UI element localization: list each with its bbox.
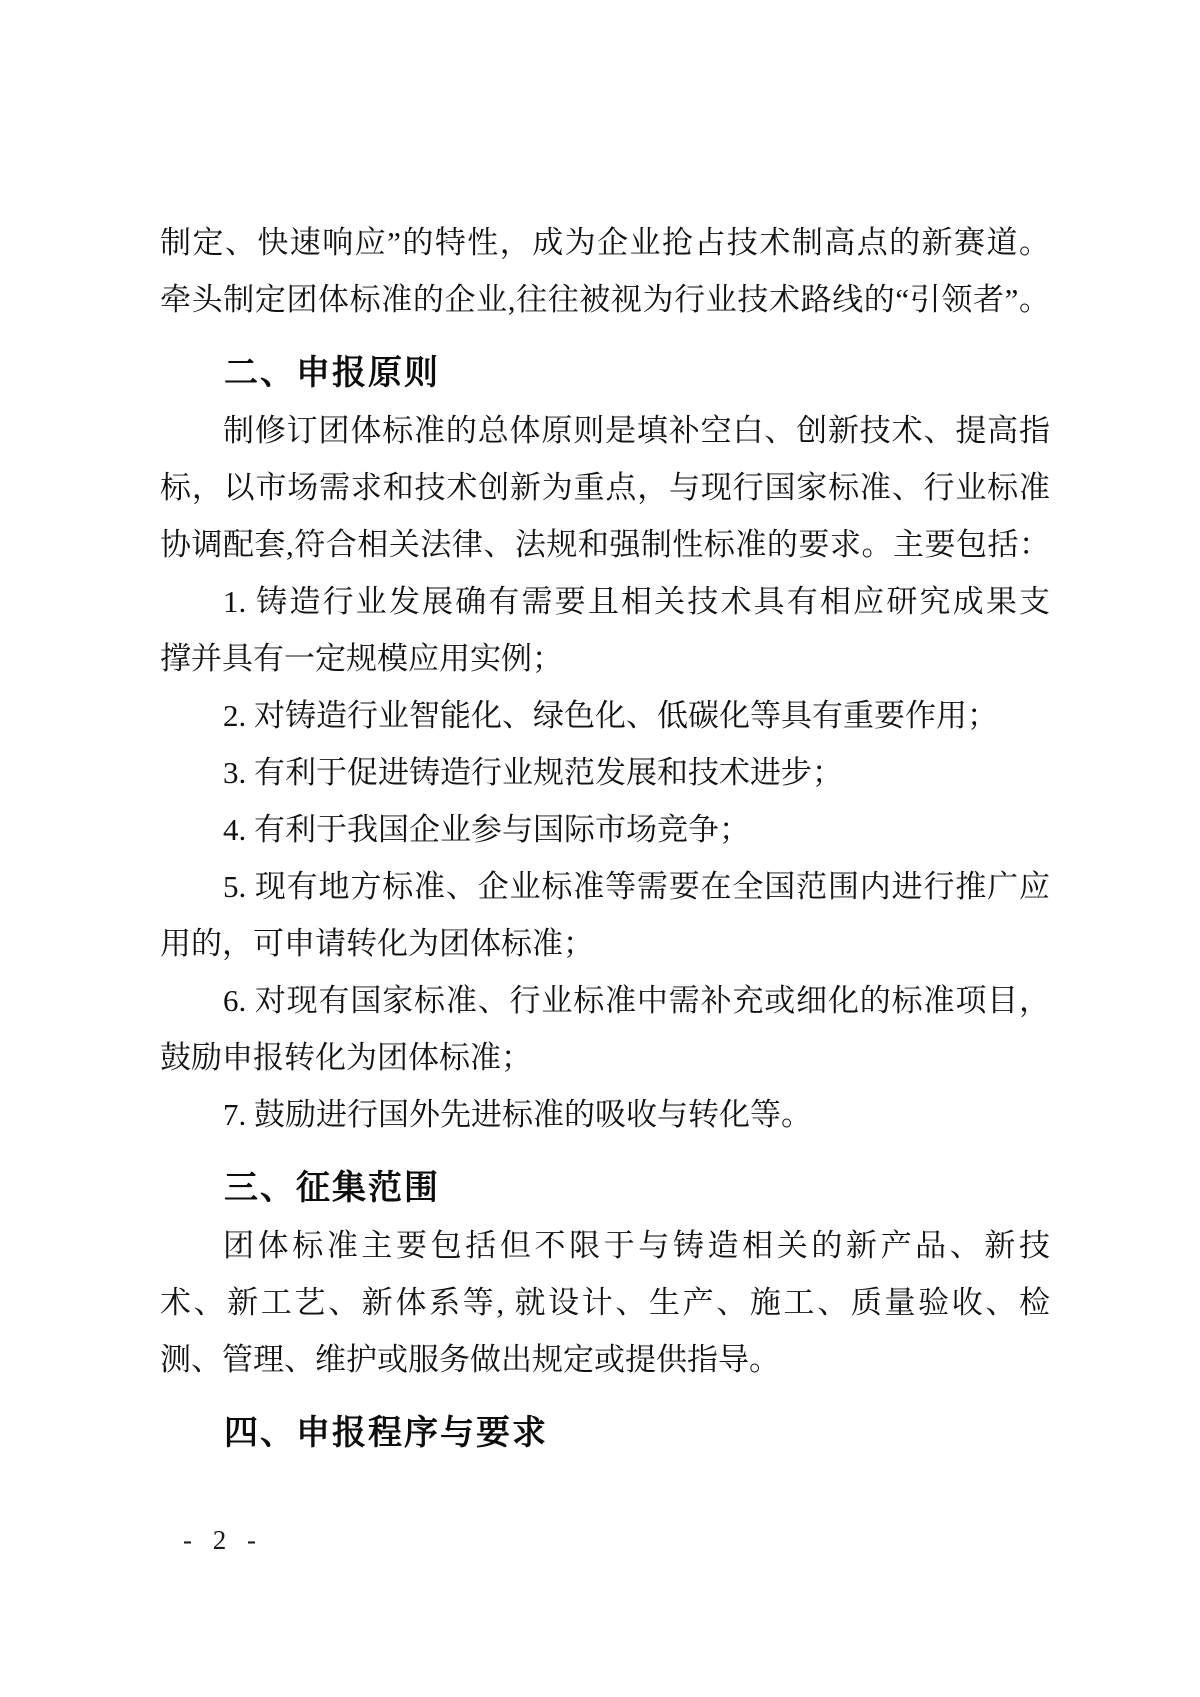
list-item-line: 5. 现有地方标准、企业标准等需要在全国范围内进行推广应 <box>160 858 1050 915</box>
list-item-line: 撑并具有一定规模应用实例； <box>160 630 1050 687</box>
list-item-line: 7. 鼓励进行国外先进标准的吸收与转化等。 <box>160 1086 1050 1143</box>
paragraph-line: 测、管理、维护或服务做出规定或提供指导。 <box>160 1331 1050 1388</box>
document-page: 制定、快速响应”的特性，成为企业抢占技术制高点的新赛道。 牵头制定团体标准的企业… <box>0 0 1200 1697</box>
paragraph-line: 牵头制定团体标准的企业,往往被视为行业技术路线的“引领者”。 <box>160 271 1050 328</box>
list-item-line: 4. 有利于我国企业参与国际市场竞争； <box>160 801 1050 858</box>
paragraph-line: 团体标准主要包括但不限于与铸造相关的新产品、新技 <box>160 1217 1050 1274</box>
list-item-line: 鼓励申报转化为团体标准； <box>160 1029 1050 1086</box>
paragraph-line: 制修订团体标准的总体原则是填补空白、创新技术、提高指 <box>160 402 1050 459</box>
page-number: - 2 - <box>183 1520 263 1560</box>
document-body: 制定、快速响应”的特性，成为企业抢占技术制高点的新赛道。 牵头制定团体标准的企业… <box>160 214 1050 1462</box>
list-item-line: 1. 铸造行业发展确有需要且相关技术具有相应研究成果支 <box>160 573 1050 630</box>
list-item-line: 3. 有利于促进铸造行业规范发展和技术进步； <box>160 744 1050 801</box>
paragraph-line: 制定、快速响应”的特性，成为企业抢占技术制高点的新赛道。 <box>160 214 1050 271</box>
paragraph-line: 协调配套,符合相关法律、法规和强制性标准的要求。主要包括： <box>160 516 1050 573</box>
section-heading-2: 二、申报原则 <box>160 345 1050 402</box>
paragraph-line: 术、新工艺、新体系等, 就设计、生产、施工、质量验收、检 <box>160 1274 1050 1331</box>
list-item-line: 6. 对现有国家标准、行业标准中需补充或细化的标准项目， <box>160 972 1050 1029</box>
section-heading-4: 四、申报程序与要求 <box>160 1405 1050 1462</box>
list-item-line: 用的，可申请转化为团体标准； <box>160 915 1050 972</box>
paragraph-line: 标，以市场需求和技术创新为重点，与现行国家标准、行业标准 <box>160 459 1050 516</box>
list-item-line: 2. 对铸造行业智能化、绿色化、低碳化等具有重要作用； <box>160 687 1050 744</box>
section-heading-3: 三、征集范围 <box>160 1160 1050 1217</box>
